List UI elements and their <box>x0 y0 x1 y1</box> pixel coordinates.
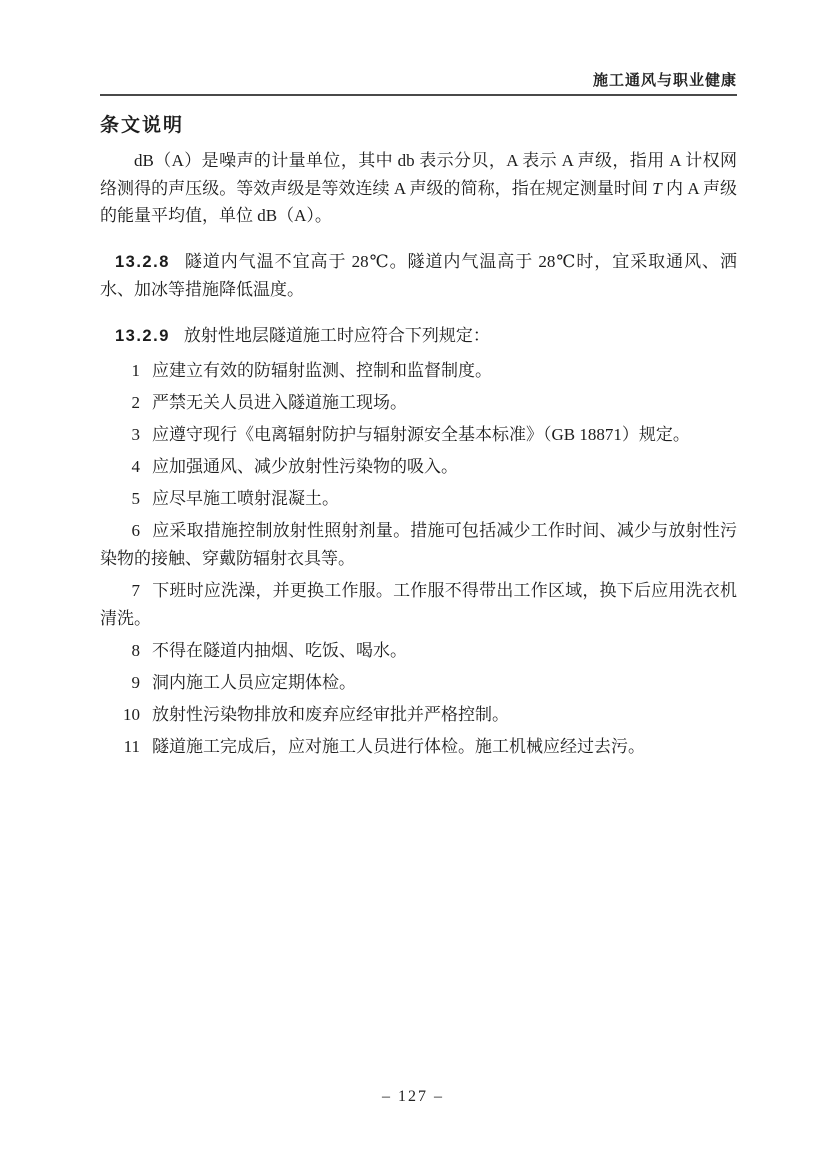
item-text: 应加强通风、减少放射性污染物的吸入。 <box>152 457 458 476</box>
item-number: 4 <box>100 453 140 481</box>
variable-t: T <box>652 179 661 198</box>
header-rule <box>100 94 737 96</box>
item-text: 洞内施工人员应定期体检。 <box>152 673 356 692</box>
clause-text: 放射性地层隧道施工时应符合下列规定： <box>184 326 490 345</box>
item-text: 放射性污染物排放和废弃应经审批并严格控制。 <box>152 705 509 724</box>
list-item: 4应加强通风、减少放射性污染物的吸入。 <box>100 453 737 481</box>
list-item: 9洞内施工人员应定期体检。 <box>100 669 737 697</box>
header-title: 施工通风与职业健康 <box>593 69 737 90</box>
item-number: 2 <box>100 389 140 417</box>
clause-number: 13.2.8 <box>115 253 170 271</box>
intro-paragraph: dB（A）是噪声的计量单位，其中 db 表示分贝，A 表示 A 声级，指用 A … <box>100 147 737 230</box>
item-text: 应尽早施工喷射混凝土。 <box>152 489 339 508</box>
item-number: 10 <box>100 701 140 729</box>
clause-paragraph-13-2-8: 13.2.8隧道内气温不宜高于 28℃。隧道内气温高于 28℃时，宜采取通风、洒… <box>100 248 737 304</box>
item-number: 11 <box>100 733 140 761</box>
clause-text: 隧道内气温不宜高于 28℃。隧道内气温高于 28℃时，宜采取通风、洒水、加冰等措… <box>100 252 737 299</box>
item-text: 下班时应洗澡，并更换工作服。工作服不得带出工作区域，换下后应用洗衣机清洗。 <box>100 581 737 628</box>
list-item: 8不得在隧道内抽烟、吃饭、喝水。 <box>100 637 737 665</box>
item-number: 1 <box>100 357 140 385</box>
item-text: 隧道施工完成后，应对施工人员进行体检。施工机械应经过去污。 <box>152 737 645 756</box>
item-text: 严禁无关人员进入隧道施工现场。 <box>152 393 407 412</box>
item-number: 7 <box>100 577 140 605</box>
list-item: 3应遵守现行《电离辐射防护与辐射源安全基本标准》（GB 18871）规定。 <box>100 421 737 449</box>
item-number: 8 <box>100 637 140 665</box>
item-number: 5 <box>100 485 140 513</box>
item-number: 9 <box>100 669 140 697</box>
intro-text-1: dB（A）是噪声的计量单位，其中 db 表示分贝，A 表示 A 声级，指用 A … <box>100 151 737 198</box>
item-number: 3 <box>100 421 140 449</box>
list-item: 7下班时应洗澡，并更换工作服。工作服不得带出工作区域，换下后应用洗衣机清洗。 <box>100 577 737 633</box>
list-item: 1应建立有效的防辐射监测、控制和监督制度。 <box>100 357 737 385</box>
list-item: 2严禁无关人员进入隧道施工现场。 <box>100 389 737 417</box>
section-title: 条文说明 <box>100 112 737 139</box>
item-text: 应建立有效的防辐射监测、控制和监督制度。 <box>152 361 492 380</box>
item-number: 6 <box>100 517 140 545</box>
list-item: 5应尽早施工喷射混凝土。 <box>100 485 737 513</box>
page-number: – 127 – <box>0 1088 826 1106</box>
document-page: { "header": { "title": "施工通风与职业健康" }, "s… <box>0 0 826 1169</box>
clause-number: 13.2.9 <box>115 327 170 345</box>
list-item: 10放射性污染物排放和废弃应经审批并严格控制。 <box>100 701 737 729</box>
list-item: 6应采取措施控制放射性照射剂量。措施可包括减少工作时间、减少与放射性污染物的接触… <box>100 517 737 573</box>
item-text: 应采取措施控制放射性照射剂量。措施可包括减少工作时间、减少与放射性污染物的接触、… <box>100 521 737 568</box>
list-item: 11隧道施工完成后，应对施工人员进行体检。施工机械应经过去污。 <box>100 733 737 761</box>
item-text: 应遵守现行《电离辐射防护与辐射源安全基本标准》（GB 18871）规定。 <box>152 425 690 444</box>
content-area: 条文说明 dB（A）是噪声的计量单位，其中 db 表示分贝，A 表示 A 声级，… <box>100 112 737 765</box>
numbered-list: 1应建立有效的防辐射监测、控制和监督制度。 2严禁无关人员进入隧道施工现场。 3… <box>100 357 737 761</box>
clause-paragraph-13-2-9: 13.2.9放射性地层隧道施工时应符合下列规定： <box>100 322 737 350</box>
item-text: 不得在隧道内抽烟、吃饭、喝水。 <box>152 641 407 660</box>
